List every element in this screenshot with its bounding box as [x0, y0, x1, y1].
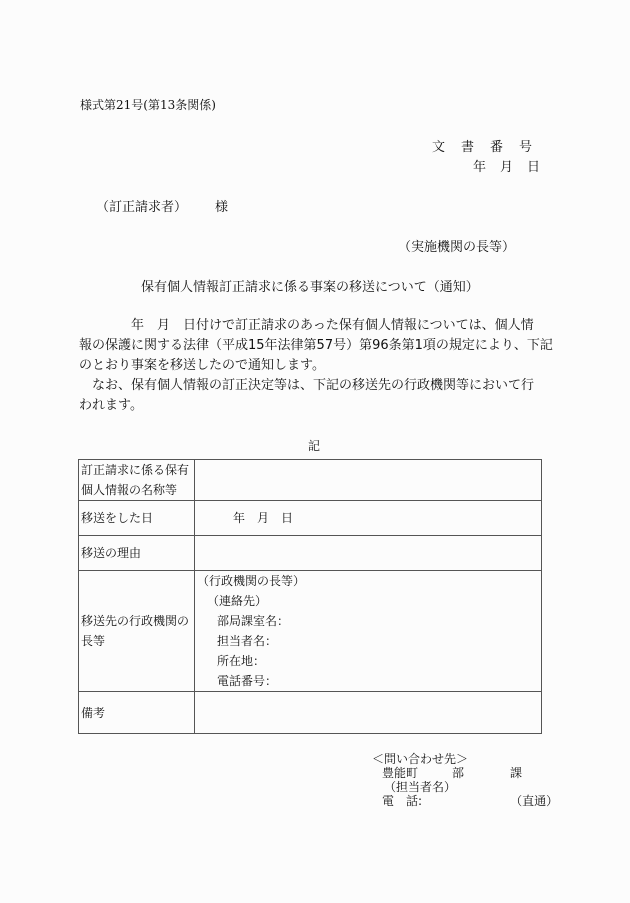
- record-table: 訂正請求に係る保有 個人情報の名称等 移送をした日 年月日 移送の理由 移送先の…: [78, 459, 542, 734]
- destination-person: 担当者名：: [197, 631, 539, 651]
- row-label-remarks: 備考: [79, 692, 195, 734]
- contact-ka: 課: [510, 766, 522, 780]
- transfer-reason-value[interactable]: [195, 536, 542, 571]
- table-row: 移送先の行政機関の 長等 （行政機関の長等） （連絡先） 部局課室名： 担当者名…: [79, 571, 542, 692]
- document-date-label: 年月日: [473, 156, 554, 175]
- date-day: 日: [527, 156, 554, 175]
- destination-address: 所在地：: [197, 651, 539, 671]
- addressee-name: （訂正請求者）: [96, 200, 187, 215]
- doc-number-char: 号: [519, 136, 548, 155]
- contact-town: 豊能町: [382, 766, 418, 780]
- row-label-destination: 移送先の行政機関の 長等: [79, 571, 195, 692]
- transfer-date-value[interactable]: 年月日: [195, 501, 542, 536]
- body-line: 年 月 日付けで訂正請求のあった保有個人情報については、個人情: [79, 316, 559, 336]
- date-day: 日: [281, 508, 305, 528]
- label-line: 移送先の行政機関の: [81, 611, 192, 631]
- row-label-info-name: 訂正請求に係る保有 個人情報の名称等: [79, 460, 195, 501]
- addressee: （訂正請求者）様: [96, 196, 228, 215]
- addressee-honorific: 様: [215, 200, 228, 215]
- table-row: 備考: [79, 692, 542, 734]
- contact-person: （担当者名）: [372, 780, 558, 794]
- destination-department: 部局課室名：: [197, 611, 539, 631]
- row-label-transfer-date: 移送をした日: [79, 501, 195, 536]
- table-row: 移送の理由: [79, 536, 542, 571]
- table-row: 移送をした日 年月日: [79, 501, 542, 536]
- contact-heading: ＜問い合わせ先＞: [372, 752, 558, 766]
- document-number-label: 文書番号: [432, 136, 548, 155]
- body-line: 報の保護に関する法律（平成15年法律第57号）第96条第1項の規定により、下記: [79, 336, 559, 356]
- date-year: 年: [233, 508, 257, 528]
- phone-label: 話:: [406, 794, 422, 808]
- date-month: 月: [500, 156, 527, 175]
- doc-number-char: 番: [490, 136, 519, 155]
- destination-contact-heading: （連絡先）: [197, 591, 539, 611]
- contact-department: 豊能町部課: [372, 766, 558, 780]
- destination-value[interactable]: （行政機関の長等） （連絡先） 部局課室名： 担当者名： 所在地： 電話番号：: [195, 571, 542, 692]
- contact-bu: 部: [452, 766, 464, 780]
- destination-agency-head: （行政機関の長等）: [197, 571, 539, 591]
- table-row: 訂正請求に係る保有 個人情報の名称等: [79, 460, 542, 501]
- doc-number-char: 文: [432, 136, 461, 155]
- date-year: 年: [473, 156, 500, 175]
- form-number: 様式第21号(第13条関係): [80, 96, 216, 113]
- body-line: なお、保有個人情報の訂正決定等は、下記の移送先の行政機関等において行: [79, 376, 559, 396]
- sender: （実施機関の長等）: [398, 236, 515, 255]
- row-label-transfer-reason: 移送の理由: [79, 536, 195, 571]
- phone-label: 電: [382, 794, 394, 808]
- body-line: のとおり事案を移送したので通知します。: [79, 356, 559, 376]
- info-name-value[interactable]: [195, 460, 542, 501]
- contact-phone: 電話:（直通）: [372, 794, 558, 808]
- ki-heading: 記: [308, 437, 320, 454]
- body-text: 年 月 日付けで訂正請求のあった保有個人情報については、個人情 報の保護に関する…: [79, 316, 559, 416]
- destination-phone: 電話番号：: [197, 671, 539, 691]
- doc-number-char: 書: [461, 136, 490, 155]
- phone-direct-label: （直通）: [510, 794, 558, 808]
- contact-info: ＜問い合わせ先＞ 豊能町部課 （担当者名） 電話:（直通）: [372, 752, 558, 808]
- body-line: われます。: [79, 396, 559, 416]
- label-line: 訂正請求に係る保有: [81, 460, 192, 480]
- remarks-value[interactable]: [195, 692, 542, 734]
- label-line: 個人情報の名称等: [81, 480, 192, 500]
- label-line: 長等: [81, 631, 192, 651]
- date-month: 月: [257, 508, 281, 528]
- document-title: 保有個人情報訂正請求に係る事案の移送について（通知）: [141, 276, 479, 295]
